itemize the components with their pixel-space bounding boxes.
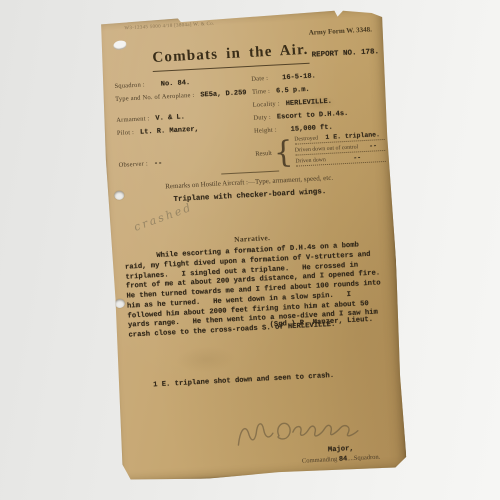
field-value: Escort to D.H.4s. bbox=[277, 110, 349, 122]
result-line-label: Driven down bbox=[295, 157, 326, 165]
form-fields-right-column: Date : 16-5-18. Time : 6.5 p.m. Locality… bbox=[251, 69, 386, 171]
field-value: No. 84. bbox=[161, 79, 191, 89]
result-line-value: -- bbox=[329, 153, 386, 163]
paper-stain bbox=[175, 345, 236, 374]
field-value: Lt. R. Manzer, bbox=[140, 126, 199, 137]
field-label: Time : bbox=[252, 88, 270, 96]
result-label: Result bbox=[255, 150, 272, 158]
field-label: Pilot : bbox=[117, 129, 134, 137]
field-time: Time : 6.5 p.m. bbox=[252, 82, 382, 97]
field-value: 16-5-18. bbox=[282, 72, 316, 82]
result-line-label: Driven down out of control bbox=[295, 144, 359, 153]
result-line-value: -- bbox=[361, 142, 385, 150]
punch-hole-bottom bbox=[115, 299, 125, 309]
field-label: Height : bbox=[254, 127, 277, 135]
rank-line: Major, bbox=[328, 445, 354, 454]
field-label: Squadron : bbox=[114, 81, 145, 90]
result-brace: { bbox=[273, 137, 294, 168]
field-label: Duty : bbox=[253, 114, 271, 122]
commanding-line: Commanding 84....Squadron. bbox=[302, 454, 381, 466]
field-value: SE5a, D.259 bbox=[200, 89, 247, 99]
field-duty: Duty : Escort to D.H.4s. bbox=[253, 108, 383, 123]
field-label: Locality : bbox=[253, 100, 280, 108]
field-armament: Armament : V. & L. bbox=[116, 110, 252, 125]
combat-report-document: W3-12345 5000 4/18 [3804a] W. & Co. Army… bbox=[98, 7, 407, 483]
field-squadron: Squadron : No. 84. bbox=[114, 76, 250, 91]
field-observer: Observer : -- bbox=[118, 155, 254, 170]
field-value: V. & L. bbox=[155, 113, 185, 123]
field-locality: Locality : HERLEVILLE. bbox=[253, 95, 383, 110]
field-value: 15,000 ft. bbox=[291, 124, 333, 134]
photo-background: W3-12345 5000 4/18 [3804a] W. & Co. Army… bbox=[0, 0, 500, 500]
commanding-suffix: ....Squadron. bbox=[347, 454, 380, 463]
claim-summary-line: 1 E. triplane shot down and seen to cras… bbox=[153, 372, 334, 389]
document-title: Combats in the Air. bbox=[152, 42, 309, 72]
result-line-value: 1 E. triplane. bbox=[321, 131, 385, 141]
field-aeroplane: Type and No. of Aeroplane : SE5a, D.259 bbox=[115, 89, 251, 104]
result-lines: Destroyed 1 E. triplane. Driven down out… bbox=[294, 131, 386, 169]
field-label: Date : bbox=[251, 75, 268, 83]
result-line-driven-down: Driven down -- bbox=[295, 153, 386, 166]
section-divider-rule bbox=[221, 171, 279, 175]
field-label: Armament : bbox=[116, 115, 150, 124]
commanding-label: Commanding bbox=[302, 456, 338, 465]
paper-tear-chip bbox=[113, 40, 126, 50]
form-fields-left-column: Squadron : No. 84. Type and No. of Aerop… bbox=[114, 76, 255, 175]
field-label: Observer : bbox=[118, 160, 148, 169]
result-line-label: Destroyed bbox=[294, 135, 318, 142]
field-date: Date : 16-5-18. bbox=[251, 69, 381, 84]
document-title-wrap: Combats in the Air. bbox=[118, 39, 344, 74]
field-value: HERLEVILLE. bbox=[286, 98, 333, 108]
field-label: Type and No. of Aeroplane : bbox=[115, 92, 195, 103]
field-value: -- bbox=[154, 160, 163, 168]
field-pilot: Pilot : Lt. R. Manzer, bbox=[117, 123, 253, 138]
field-value: 6.5 p.m. bbox=[276, 86, 310, 96]
printer-imprint: W3-12345 5000 4/18 [3804a] W. & Co. bbox=[124, 22, 214, 32]
field-result: Result { Destroyed 1 E. triplane. Driven… bbox=[254, 131, 386, 171]
army-form-number: Army Form W. 3348. bbox=[309, 25, 373, 36]
